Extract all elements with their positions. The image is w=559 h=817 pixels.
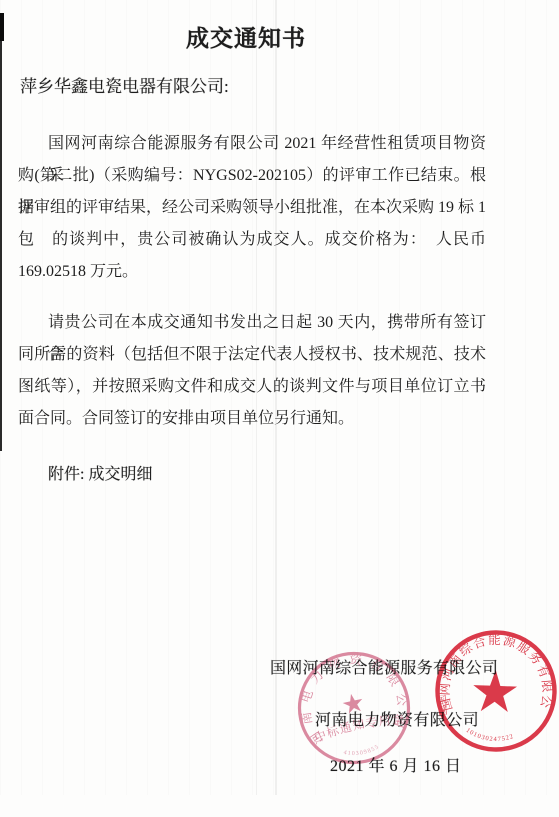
paragraph-line: 图纸等），并按照采购文件和成交人的谈判文件与项目单位订立书 — [18, 371, 486, 403]
signature-company-1: 国网河南综合能源服务有限公司 — [270, 658, 498, 680]
paragraph-line: 169.02518 万元。 — [18, 256, 486, 288]
seal-side-mark: 国 — [436, 694, 448, 707]
paragraph-line: 面合同。合同签订的安排由项目单位另行通知。 — [18, 403, 486, 435]
paragraph-line: 同所需的资料（包括但不限于法定代表人授权书、技术规范、技术 — [18, 339, 486, 371]
document-title: 成交通知书 — [186, 24, 306, 54]
attachment-line: 附件: 成交明细 — [18, 459, 152, 491]
paragraph-2: 请贵公司在本成交通知书发出之日起 30 天内，携带所有签订合 同所需的资料（包括… — [18, 307, 486, 435]
scan-edge-artifact — [0, 13, 4, 41]
paragraph-line: 购(第二批)（采购编号：NYGS02-202105）的评审工作已结束。根据 — [18, 160, 486, 192]
paragraph-line: 包 的谈判中，贵公司被确认为成交人。成交价格为： 人民币 — [18, 224, 486, 256]
addressee-line: 萍乡华鑫电瓷电器有限公司: — [20, 75, 229, 99]
paragraph-1: 国网河南综合能源服务有限公司 2021 年经营性租赁项目物资采 购(第二批)（采… — [18, 128, 486, 288]
paragraph-line: 国网河南综合能源服务有限公司 2021 年经营性租赁项目物资采 — [18, 128, 486, 160]
scanned-document-page: 成交通知书 萍乡华鑫电瓷电器有限公司: 国网河南综合能源服务有限公司 2021 … — [0, 0, 559, 817]
signature-company-2: 河南电力物资有限公司 — [315, 710, 479, 732]
paragraph-line: 评审组的评审结果，经公司采购领导小组批准，在本次采购 19 标 1 — [18, 192, 486, 224]
scan-edge-artifact — [0, 41, 2, 451]
paragraph-line: 请贵公司在本成交通知书发出之日起 30 天内，携带所有签订合 — [18, 307, 486, 339]
company-round-seal-icon: 国网河南综合能源服务有限公司 国 网 101030247522 — [425, 616, 559, 768]
signature-date: 2021 年 6 月 16 日 — [330, 756, 462, 778]
